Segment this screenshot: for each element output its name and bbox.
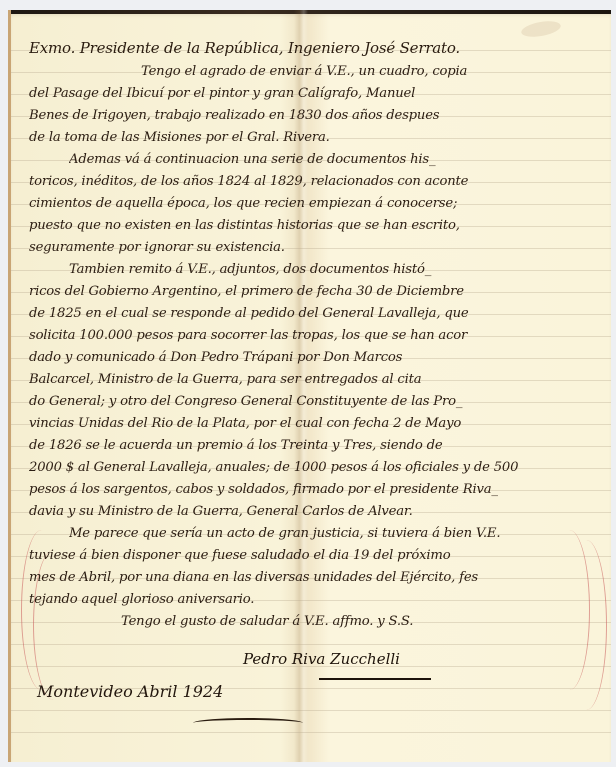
body-line: dado y comunicado á Don Pedro Trápani po…: [29, 348, 609, 368]
body-line: Balcarcel, Ministro de la Guerra, para s…: [29, 370, 609, 390]
place-date: Montevideo Abril 1924: [37, 682, 223, 701]
signature-underline: [319, 678, 431, 680]
body-line: cimientos de aquella época, los que reci…: [29, 194, 609, 214]
body-line: mes de Abril, por una diana en las diver…: [29, 568, 609, 588]
body-line: Me parece que sería un acto de gran just…: [69, 524, 609, 544]
body-line: Ademas vá á continuacion una serie de do…: [69, 150, 609, 170]
body-line: de la toma de las Misiones por el Gral. …: [29, 128, 609, 148]
body-line: 2000 $ al General Lavalleja, anuales; de…: [29, 458, 609, 478]
body-line: Tengo el agrado de enviar á V.E., un cua…: [141, 62, 601, 82]
date-flourish: [193, 718, 303, 728]
signature: Pedro Riva Zucchelli: [243, 650, 400, 668]
body-line: solicita 100.000 pesos para socorrer las…: [29, 326, 609, 346]
body-line: seguramente por ignorar su existencia.: [29, 238, 609, 258]
body-line: toricos, inéditos, de los años 1824 al 1…: [29, 172, 609, 192]
body-line: ricos del Gobierno Argentino, el primero…: [29, 282, 609, 302]
body-line: vincias Unidas del Rio de la Plata, por …: [29, 414, 609, 434]
closing: Tengo el gusto de saludar á V.E. affmo. …: [121, 612, 601, 632]
body-line: tejando aquel glorioso aniversario.: [29, 590, 609, 610]
body-line: de 1825 en el cual se responde al pedido…: [29, 304, 609, 324]
letter-page: Exmo. Presidente de la República, Ingeni…: [8, 10, 611, 762]
body-line: tuviese á bien disponer que fuese saluda…: [29, 546, 609, 566]
body-line: davia y su Ministro de la Guerra, Genera…: [29, 502, 609, 522]
body-line: de 1826 se le acuerda un premio á los Tr…: [29, 436, 609, 456]
body-line: pesos á los sargentos, cabos y soldados,…: [29, 480, 609, 500]
body-line: do General; y otro del Congreso General …: [29, 392, 609, 412]
body-line: Benes de Irigoyen, trabajo realizado en …: [29, 106, 609, 126]
body-line: Tambien remito á V.E., adjuntos, dos doc…: [69, 260, 609, 280]
salutation: Exmo. Presidente de la República, Ingeni…: [29, 38, 609, 58]
body-line: del Pasage del Ibicuí por el pintor y gr…: [29, 84, 609, 104]
body-line: puesto que no existen en las distintas h…: [29, 216, 609, 236]
